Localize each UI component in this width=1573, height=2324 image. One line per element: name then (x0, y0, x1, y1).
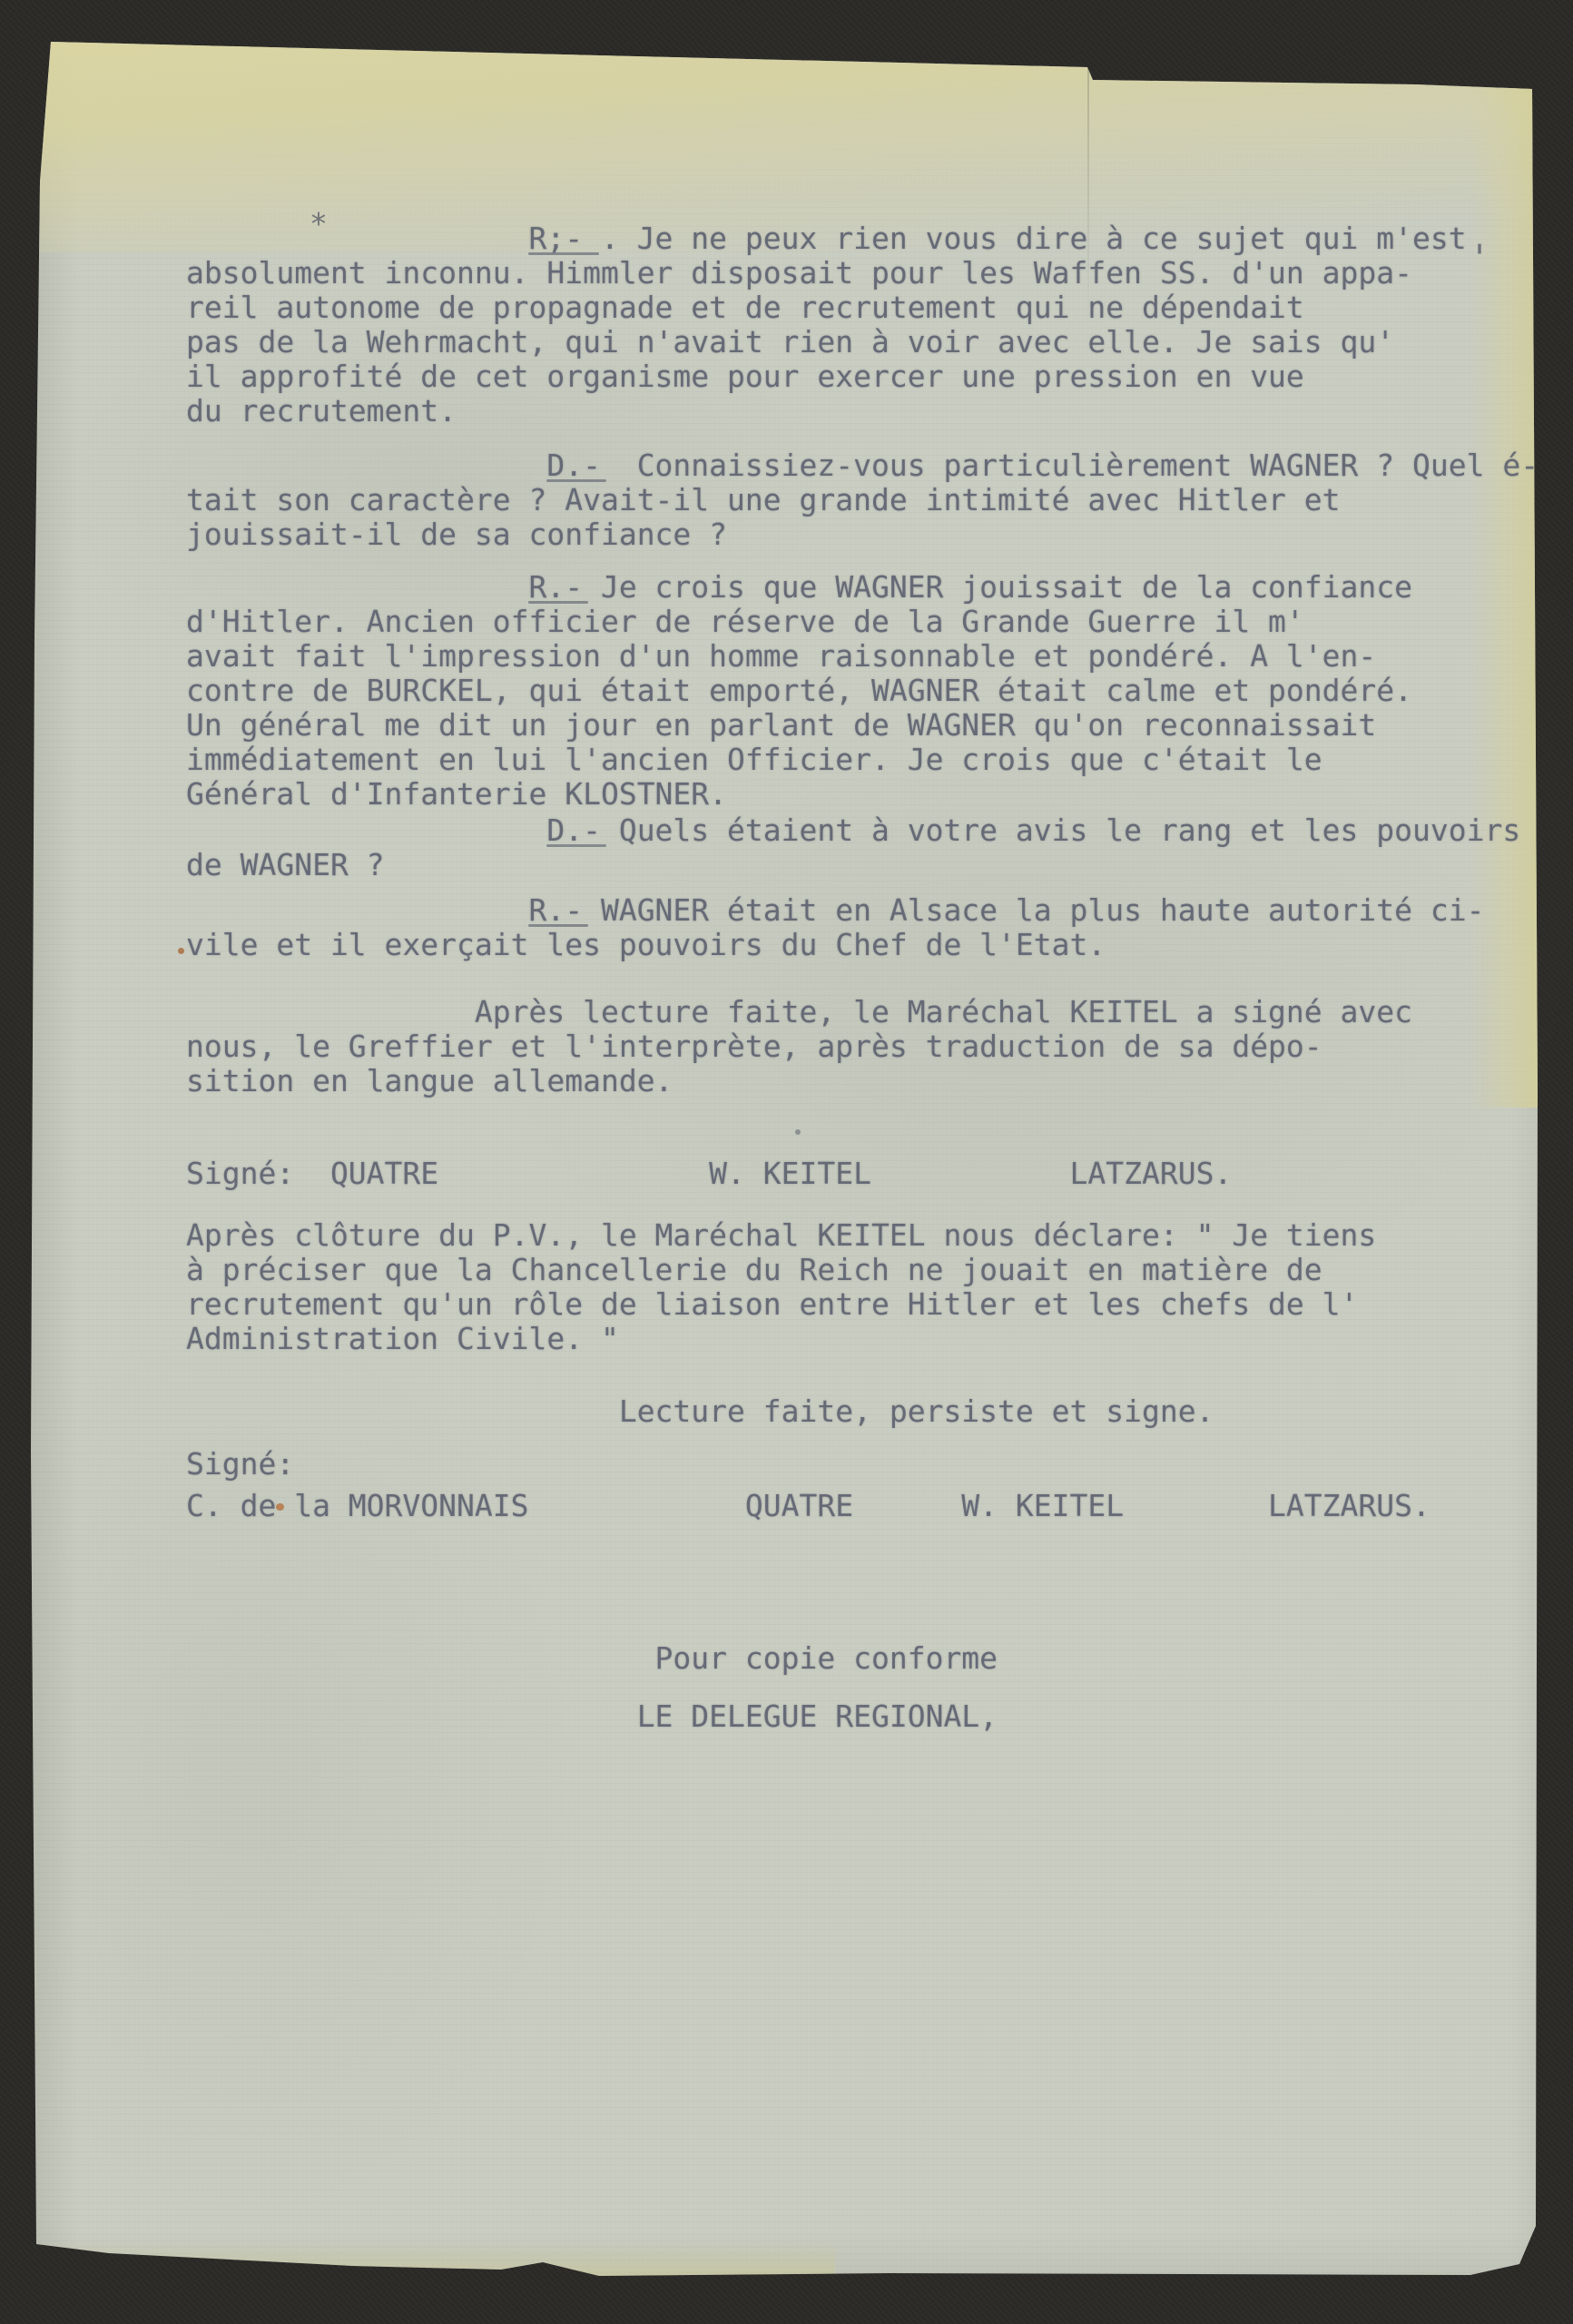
pour-copie-conforme-line: Pour copie conforme (186, 1641, 998, 1676)
keitel-post-closure-declaration: Après clôture du P.V., le Maréchal KEITE… (186, 1218, 1376, 1356)
signature-line-first: Signé: QUATRE W. KEITEL LATZARUS. (186, 1157, 1232, 1191)
answer-wagner-confidence: R.- Je crois que WAGNER jouissait de la … (186, 570, 1412, 812)
stray-asterisk-mark: * (310, 207, 328, 241)
delegue-regional-line: LE DELEGUE REGIONAL, (186, 1699, 998, 1734)
rust-speck-2 (276, 1503, 284, 1511)
signe-label: Signé: (186, 1447, 294, 1482)
stray-apostrophe-mark: ' (1469, 241, 1490, 276)
signature-names-line: C. de la MORVONNAIS QUATRE W. KEITEL LAT… (186, 1489, 1430, 1523)
question-wagner-rank-powers: D.- Quels étaient à votre avis le rang e… (186, 813, 1520, 882)
typewritten-text-area: R;- . Je ne peux rien vous dire à ce suj… (186, 0, 1548, 2324)
document-page: R;- . Je ne peux rien vous dire à ce suj… (0, 0, 1573, 2324)
scanner-bed-background: R;- . Je ne peux rien vous dire à ce suj… (0, 0, 1573, 2324)
lecture-faite-line: Lecture faite, persiste et signe. (186, 1394, 1214, 1429)
stray-ink-dot (795, 1129, 801, 1135)
closing-reading-statement: Après lecture faite, le Maréchal KEITEL … (186, 995, 1412, 1098)
answer-himmler-apparatus: R;- . Je ne peux rien vous dire à ce suj… (186, 222, 1467, 428)
answer-wagner-alsace-authority: R.- WAGNER était en Alsace la plus haute… (186, 893, 1484, 962)
question-wagner-acquaintance: D.- Connaissiez-vous particulièrement WA… (186, 448, 1539, 552)
rust-speck-1 (178, 948, 184, 954)
